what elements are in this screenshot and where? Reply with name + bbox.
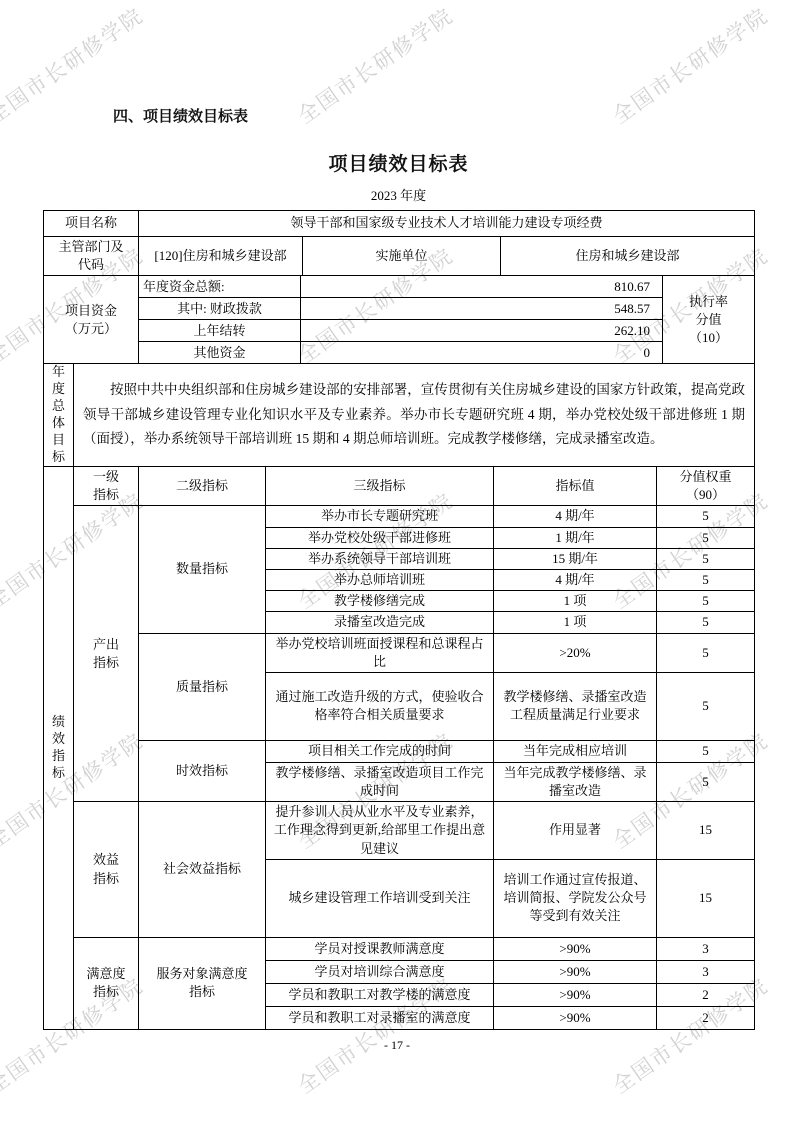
weight-cell: 5 <box>657 527 755 548</box>
dept-label: 主管部门及 代码 <box>44 237 139 276</box>
weight-cell: 5 <box>657 548 755 569</box>
indicator-value-cell: 培训工作通过宣传报道、培训简报、学院发公众号等受到有效关注 <box>494 859 657 937</box>
l3-indicator-cell: 学员对培训综合满意度 <box>266 960 494 983</box>
indicator-value-cell: >90% <box>494 960 657 983</box>
indicator-value-cell: >90% <box>494 937 657 960</box>
exec-rate-label: 执行率 分值 （10） <box>663 276 755 364</box>
indicator-value-cell: >90% <box>494 983 657 1006</box>
header-value: 指标值 <box>494 467 657 506</box>
table-row: 主管部门及 代码 [120]住房和城乡建设部 实施单位 住房和城乡建设部 <box>44 237 755 276</box>
table-row: 项目名称 领导干部和国家级专业技术人才培训能力建设专项经费 <box>44 211 755 237</box>
weight-cell: 5 <box>657 762 755 801</box>
weight-cell: 2 <box>657 1006 755 1029</box>
header-l1: 一级 指标 <box>74 467 139 506</box>
page-title: 项目绩效目标表 <box>43 149 754 176</box>
indicator-value-cell: 4 期/年 <box>494 506 657 527</box>
project-name-label: 项目名称 <box>44 211 139 237</box>
l3-indicator-cell: 举办党校培训班面授课程和总课程占比 <box>266 633 494 672</box>
funds-item-label: 年度资金总额: <box>139 276 301 298</box>
header-weight: 分值权重 （90） <box>657 467 755 506</box>
perf-label-text: 绩效指标 <box>52 714 65 782</box>
indicator-value-cell: 作用显著 <box>494 802 657 860</box>
project-info-table: 项目名称 领导干部和国家级专业技术人才培训能力建设专项经费 主管部门及 代码 [… <box>43 210 755 276</box>
indicator-value-cell: >90% <box>494 1006 657 1029</box>
dept-code-value: [120]住房和城乡建设部 <box>139 237 303 276</box>
indicator-value-cell: 当年完成教学楼修缮、录播室改造 <box>494 762 657 801</box>
impl-unit-label: 实施单位 <box>303 237 501 276</box>
level1-benefit: 效益 指标 <box>74 802 139 938</box>
funds-item-value: 810.67 <box>301 276 663 298</box>
l3-indicator-cell: 举办党校处级干部进修班 <box>266 527 494 548</box>
perf-label: 绩效指标 <box>44 467 74 1030</box>
impl-unit-value: 住房和城乡建设部 <box>501 237 755 276</box>
table-row: 效益 指标 社会效益指标 提升参训人员从业水平及专业素养，工作理念得到更新,给部… <box>44 802 755 860</box>
annual-goal-label: 年度总体目标 <box>44 364 74 467</box>
funds-item-value: 262.10 <box>301 320 663 342</box>
weight-cell: 3 <box>657 937 755 960</box>
table-row: 产出 指标 数量指标 举办市长专题研究班 4 期/年 5 <box>44 506 755 527</box>
table-row: 其中: 财政拨款 548.57 <box>44 298 755 320</box>
weight-cell: 15 <box>657 802 755 860</box>
level2-time: 时效指标 <box>139 740 266 801</box>
indicator-value-cell: >20% <box>494 633 657 672</box>
level1-satisfaction: 满意度 指标 <box>74 937 139 1029</box>
table-row: 时效指标 项目相关工作完成的时间 当年完成相应培训 5 <box>44 740 755 762</box>
indicator-value-cell: 1 项 <box>494 612 657 633</box>
l3-indicator-cell: 教学楼修缮完成 <box>266 591 494 612</box>
l3-indicator-cell: 举办总师培训班 <box>266 569 494 590</box>
weight-cell: 2 <box>657 983 755 1006</box>
year-label: 2023 年度 <box>43 185 754 204</box>
weight-cell: 3 <box>657 960 755 983</box>
weight-cell: 5 <box>657 633 755 672</box>
weight-cell: 5 <box>657 612 755 633</box>
table-row: 质量指标 举办党校培训班面授课程和总课程占比 >20% 5 <box>44 633 755 672</box>
section-heading: 四、项目绩效目标表 <box>113 105 754 126</box>
document-page: 全国市长研修学院 全国市长研修学院 全国市长研修学院 全国市长研修学院 全国市长… <box>0 0 794 1123</box>
funds-item-label: 上年结转 <box>139 320 301 342</box>
indicator-value-cell: 1 项 <box>494 591 657 612</box>
table-header-row: 绩效指标 一级 指标 二级指标 三级指标 指标值 分值权重 （90） <box>44 467 755 506</box>
page-content: 四、项目绩效目标表 项目绩效目标表 2023 年度 项目名称 领导干部和国家级专… <box>0 0 794 1123</box>
indicator-value-cell: 4 期/年 <box>494 569 657 590</box>
indicator-value-cell: 当年完成相应培训 <box>494 740 657 762</box>
annual-goal-table: 年度总体目标 按照中共中央组织部和住房城乡建设部的安排部署，宣传贯彻有关住房城乡… <box>43 363 755 467</box>
level2-social: 社会效益指标 <box>139 802 266 938</box>
l3-indicator-cell: 提升参训人员从业水平及专业素养，工作理念得到更新,给部里工作提出意见建议 <box>266 802 494 860</box>
l3-indicator-cell: 举办市长专题研究班 <box>266 506 494 527</box>
weight-cell: 5 <box>657 569 755 590</box>
weight-cell: 5 <box>657 740 755 762</box>
table-row: 上年结转 262.10 <box>44 320 755 342</box>
table-row: 其他资金 0 <box>44 342 755 364</box>
performance-table: 绩效指标 一级 指标 二级指标 三级指标 指标值 分值权重 （90） 产出 指标… <box>43 466 755 1030</box>
funds-table: 项目资金 （万元） 年度资金总额: 810.67 执行率 分值 （10） 其中:… <box>43 275 755 364</box>
funds-item-value: 0 <box>301 342 663 364</box>
weight-cell: 5 <box>657 506 755 527</box>
l3-indicator-cell: 学员对授课教师满意度 <box>266 937 494 960</box>
l3-indicator-cell: 举办系统领导干部培训班 <box>266 548 494 569</box>
level2-service: 服务对象满意度 指标 <box>139 937 266 1029</box>
header-l2: 二级指标 <box>139 467 266 506</box>
l3-indicator-cell: 教学楼修缮、录播室改造项目工作完成时间 <box>266 762 494 801</box>
level2-quantity: 数量指标 <box>139 506 266 633</box>
annual-goal-text: 按照中共中央组织部和住房城乡建设部的安排部署，宣传贯彻有关住房城乡建设的国家方针… <box>74 364 755 467</box>
l3-indicator-cell: 通过施工改造升级的方式，使验收合格率符合相关质量要求 <box>266 672 494 740</box>
l3-indicator-cell: 录播室改造完成 <box>266 612 494 633</box>
weight-cell: 15 <box>657 859 755 937</box>
weight-cell: 5 <box>657 672 755 740</box>
level1-output: 产出 指标 <box>74 506 139 802</box>
funds-item-label: 其中: 财政拨款 <box>139 298 301 320</box>
l3-indicator-cell: 城乡建设管理工作培训受到关注 <box>266 859 494 937</box>
l3-indicator-cell: 学员和教职工对教学楼的满意度 <box>266 983 494 1006</box>
funds-label: 项目资金 （万元） <box>44 276 139 364</box>
indicator-value-cell: 教学楼修缮、录播室改造工程质量满足行业要求 <box>494 672 657 740</box>
funds-item-label: 其他资金 <box>139 342 301 364</box>
annual-goal-label-text: 年度总体目标 <box>52 364 65 465</box>
table-row: 项目资金 （万元） 年度资金总额: 810.67 执行率 分值 （10） <box>44 276 755 298</box>
level2-quality: 质量指标 <box>139 633 266 740</box>
funds-item-value: 548.57 <box>301 298 663 320</box>
project-name-value: 领导干部和国家级专业技术人才培训能力建设专项经费 <box>139 211 755 237</box>
indicator-value-cell: 15 期/年 <box>494 548 657 569</box>
l3-indicator-cell: 项目相关工作完成的时间 <box>266 740 494 762</box>
l3-indicator-cell: 学员和教职工对录播室的满意度 <box>266 1006 494 1029</box>
table-row: 年度总体目标 按照中共中央组织部和住房城乡建设部的安排部署，宣传贯彻有关住房城乡… <box>44 364 755 467</box>
weight-cell: 5 <box>657 591 755 612</box>
table-row: 满意度 指标 服务对象满意度 指标 学员对授课教师满意度 >90% 3 <box>44 937 755 960</box>
header-l3: 三级指标 <box>266 467 494 506</box>
indicator-value-cell: 1 期/年 <box>494 527 657 548</box>
page-number: - 17 - <box>0 1038 794 1053</box>
